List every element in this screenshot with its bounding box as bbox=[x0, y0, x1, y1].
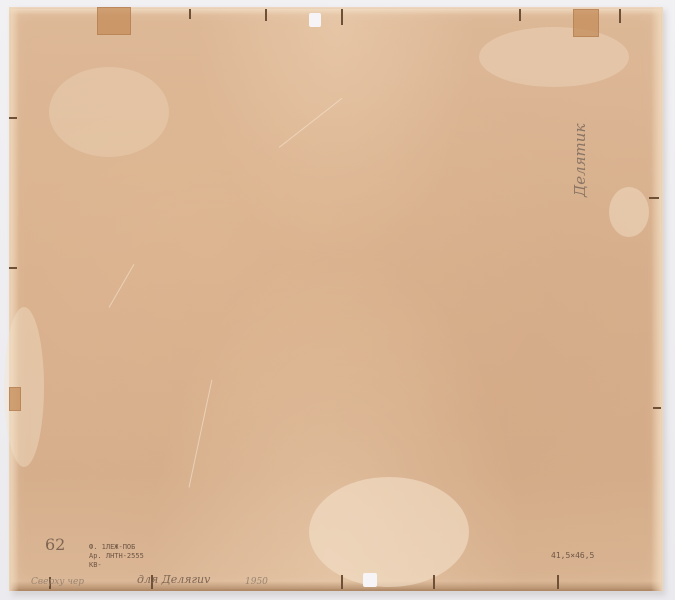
tape-piece bbox=[9, 387, 21, 411]
artist-signature: Делятик bbox=[571, 124, 589, 197]
bottom-inscription-year: 1950 bbox=[245, 577, 268, 587]
bottom-inscription-dedication: для Делягиv bbox=[137, 573, 210, 586]
nail bbox=[9, 267, 17, 269]
inventory-label-line-2: Ар. ЛНТН-2555 bbox=[89, 552, 144, 560]
scratch-mark bbox=[189, 380, 213, 488]
nail bbox=[619, 9, 621, 23]
tape-piece bbox=[573, 9, 599, 37]
nail bbox=[653, 407, 661, 409]
nail bbox=[265, 9, 267, 21]
nail bbox=[519, 9, 521, 21]
worn-patch bbox=[609, 187, 649, 237]
scratch-mark bbox=[109, 264, 135, 308]
torn-spot bbox=[309, 13, 321, 27]
nail bbox=[341, 575, 343, 589]
nail bbox=[433, 575, 435, 589]
scratch-mark bbox=[279, 98, 343, 148]
cardboard-backing: Делятик 62 Ф. 1ЛЕЖ-ПОБ Ар. ЛНТН-2555 КВ-… bbox=[9, 7, 663, 591]
worn-patch bbox=[309, 477, 469, 587]
torn-spot bbox=[363, 573, 377, 587]
nail bbox=[9, 117, 17, 119]
inventory-label-line-1: Ф. 1ЛЕЖ-ПОБ bbox=[89, 543, 135, 551]
tape-piece bbox=[97, 7, 131, 35]
dimensions-note: 41,5×46,5 bbox=[551, 552, 594, 560]
worn-patch bbox=[479, 27, 629, 87]
board-edge-right bbox=[651, 7, 663, 591]
board-edge-bottom bbox=[9, 581, 663, 591]
worn-patch bbox=[49, 67, 169, 157]
nail bbox=[557, 575, 559, 589]
inventory-label-line-3: КВ- bbox=[89, 561, 102, 569]
nail bbox=[341, 9, 343, 25]
nail bbox=[189, 9, 191, 19]
photo-scene: Делятик 62 Ф. 1ЛЕЖ-ПОБ Ар. ЛНТН-2555 КВ-… bbox=[0, 0, 675, 600]
lot-number: 62 bbox=[45, 535, 65, 554]
nail bbox=[649, 197, 659, 199]
bottom-inscription-left: Сверху чер bbox=[31, 577, 84, 587]
board-edge-left bbox=[9, 7, 19, 591]
